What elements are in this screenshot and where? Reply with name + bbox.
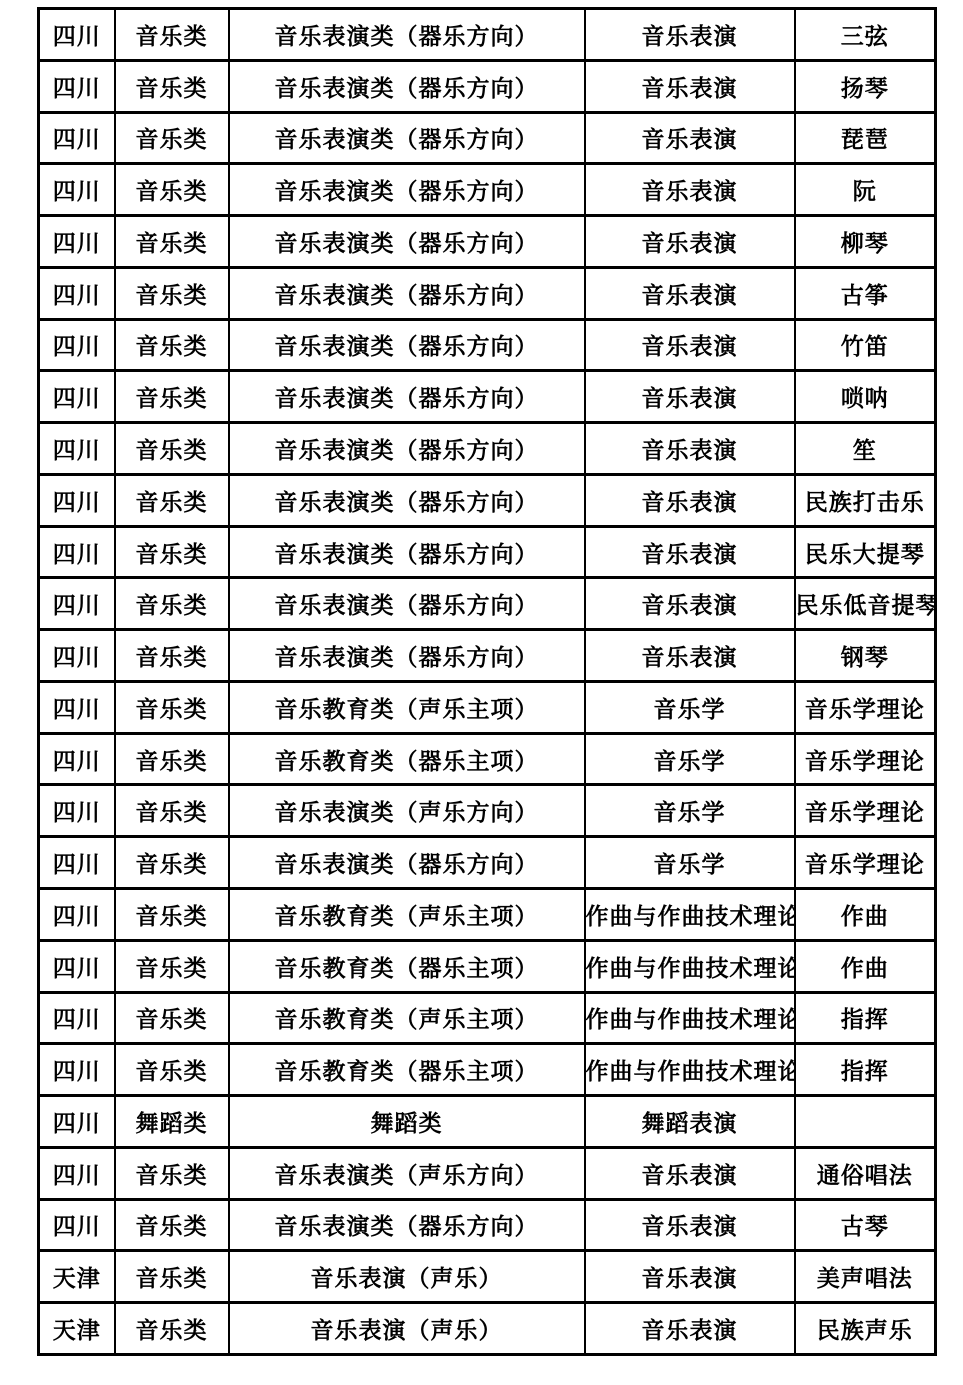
- cell-province: 四川: [39, 733, 115, 785]
- cell-province: 四川: [39, 1044, 115, 1096]
- table-row: 四川音乐类音乐表演类（声乐方向）音乐学音乐学理论: [39, 785, 936, 837]
- cell-specialty: 作曲: [795, 940, 936, 992]
- table-row: 四川音乐类音乐教育类（器乐主项）音乐学音乐学理论: [39, 733, 936, 785]
- table-row: 四川音乐类音乐表演类（器乐方向）音乐表演唢呐: [39, 371, 936, 423]
- cell-specialty: 三弦: [795, 9, 936, 61]
- cell-specialty: 古筝: [795, 267, 936, 319]
- cell-province: 四川: [39, 1199, 115, 1251]
- cell-subcategory: 音乐表演（声乐）: [229, 1303, 585, 1355]
- cell-subcategory: 音乐表演类（器乐方向）: [229, 112, 585, 164]
- cell-major: 音乐表演: [585, 1199, 795, 1251]
- cell-category: 音乐类: [115, 1147, 229, 1199]
- cell-subcategory: 音乐表演类（器乐方向）: [229, 1199, 585, 1251]
- cell-category: 音乐类: [115, 1199, 229, 1251]
- cell-specialty: 钢琴: [795, 630, 936, 682]
- table-row: 四川音乐类音乐教育类（声乐主项）音乐学音乐学理论: [39, 681, 936, 733]
- cell-province: 四川: [39, 526, 115, 578]
- admission-majors-table: 四川音乐类音乐表演类（器乐方向）音乐表演三弦四川音乐类音乐表演类（器乐方向）音乐…: [37, 7, 937, 1356]
- cell-category: 音乐类: [115, 423, 229, 475]
- cell-specialty: 民乐低音提琴: [795, 578, 936, 630]
- cell-specialty: 民族打击乐: [795, 474, 936, 526]
- cell-subcategory: 音乐表演类（器乐方向）: [229, 423, 585, 475]
- cell-province: 四川: [39, 112, 115, 164]
- table-row: 四川音乐类音乐表演类（器乐方向）音乐表演笙: [39, 423, 936, 475]
- cell-specialty: 美声唱法: [795, 1251, 936, 1303]
- table-body: 四川音乐类音乐表演类（器乐方向）音乐表演三弦四川音乐类音乐表演类（器乐方向）音乐…: [39, 9, 936, 1355]
- cell-specialty: 琵琶: [795, 112, 936, 164]
- cell-major: 音乐表演: [585, 164, 795, 216]
- cell-category: 音乐类: [115, 319, 229, 371]
- cell-specialty: 作曲: [795, 889, 936, 941]
- cell-category: 音乐类: [115, 578, 229, 630]
- cell-major: 作曲与作曲技术理论: [585, 992, 795, 1044]
- cell-province: 四川: [39, 1096, 115, 1148]
- cell-specialty: 笙: [795, 423, 936, 475]
- cell-specialty: [795, 1096, 936, 1148]
- cell-province: 四川: [39, 9, 115, 61]
- cell-province: 四川: [39, 992, 115, 1044]
- cell-subcategory: 音乐教育类（声乐主项）: [229, 681, 585, 733]
- cell-category: 音乐类: [115, 164, 229, 216]
- cell-specialty: 通俗唱法: [795, 1147, 936, 1199]
- cell-major: 音乐表演: [585, 423, 795, 475]
- table-row: 四川音乐类音乐表演类（器乐方向）音乐表演竹笛: [39, 319, 936, 371]
- cell-subcategory: 音乐表演类（声乐方向）: [229, 785, 585, 837]
- cell-subcategory: 音乐教育类（声乐主项）: [229, 992, 585, 1044]
- cell-category: 音乐类: [115, 112, 229, 164]
- cell-major: 作曲与作曲技术理论: [585, 1044, 795, 1096]
- cell-specialty: 音乐学理论: [795, 837, 936, 889]
- table-row: 四川音乐类音乐表演类（器乐方向）音乐表演民乐大提琴: [39, 526, 936, 578]
- cell-specialty: 竹笛: [795, 319, 936, 371]
- cell-subcategory: 音乐表演类（器乐方向）: [229, 578, 585, 630]
- table-row: 四川音乐类音乐表演类（器乐方向）音乐表演钢琴: [39, 630, 936, 682]
- table-row: 天津音乐类音乐表演（声乐）音乐表演美声唱法: [39, 1251, 936, 1303]
- cell-province: 四川: [39, 1147, 115, 1199]
- cell-subcategory: 音乐表演类（器乐方向）: [229, 837, 585, 889]
- cell-subcategory: 音乐表演类（器乐方向）: [229, 630, 585, 682]
- cell-province: 四川: [39, 267, 115, 319]
- cell-category: 音乐类: [115, 267, 229, 319]
- table-row: 四川音乐类音乐表演类（器乐方向）音乐表演柳琴: [39, 216, 936, 268]
- cell-specialty: 民乐大提琴: [795, 526, 936, 578]
- table-row: 四川音乐类音乐教育类（器乐主项）作曲与作曲技术理论作曲: [39, 940, 936, 992]
- document-page: 四川音乐类音乐表演类（器乐方向）音乐表演三弦四川音乐类音乐表演类（器乐方向）音乐…: [0, 0, 963, 1385]
- cell-subcategory: 音乐教育类（器乐主项）: [229, 940, 585, 992]
- cell-major: 音乐表演: [585, 578, 795, 630]
- cell-major: 音乐表演: [585, 371, 795, 423]
- cell-category: 音乐类: [115, 992, 229, 1044]
- cell-subcategory: 音乐表演类（器乐方向）: [229, 216, 585, 268]
- cell-province: 四川: [39, 474, 115, 526]
- cell-province: 四川: [39, 216, 115, 268]
- cell-specialty: 音乐学理论: [795, 681, 936, 733]
- table-row: 四川音乐类音乐表演类（器乐方向）音乐表演阮: [39, 164, 936, 216]
- cell-category: 音乐类: [115, 474, 229, 526]
- cell-category: 音乐类: [115, 681, 229, 733]
- table-row: 四川音乐类音乐表演类（器乐方向）音乐表演民族打击乐: [39, 474, 936, 526]
- table-row: 天津音乐类音乐表演（声乐）音乐表演民族声乐: [39, 1303, 936, 1355]
- cell-province: 四川: [39, 319, 115, 371]
- cell-major: 音乐表演: [585, 267, 795, 319]
- table-row: 四川舞蹈类舞蹈类舞蹈表演: [39, 1096, 936, 1148]
- cell-major: 音乐表演: [585, 9, 795, 61]
- cell-category: 音乐类: [115, 733, 229, 785]
- cell-specialty: 古琴: [795, 1199, 936, 1251]
- table-row: 四川音乐类音乐教育类（器乐主项）作曲与作曲技术理论指挥: [39, 1044, 936, 1096]
- cell-category: 音乐类: [115, 785, 229, 837]
- cell-subcategory: 音乐表演类（器乐方向）: [229, 319, 585, 371]
- cell-major: 音乐表演: [585, 1303, 795, 1355]
- cell-category: 舞蹈类: [115, 1096, 229, 1148]
- cell-specialty: 阮: [795, 164, 936, 216]
- cell-subcategory: 音乐教育类（器乐主项）: [229, 1044, 585, 1096]
- cell-category: 音乐类: [115, 940, 229, 992]
- cell-subcategory: 音乐表演类（器乐方向）: [229, 267, 585, 319]
- cell-specialty: 柳琴: [795, 216, 936, 268]
- cell-major: 音乐表演: [585, 60, 795, 112]
- cell-specialty: 扬琴: [795, 60, 936, 112]
- cell-province: 四川: [39, 371, 115, 423]
- table-row: 四川音乐类音乐表演类（器乐方向）音乐表演古筝: [39, 267, 936, 319]
- cell-category: 音乐类: [115, 216, 229, 268]
- cell-major: 音乐表演: [585, 1251, 795, 1303]
- cell-subcategory: 音乐教育类（器乐主项）: [229, 733, 585, 785]
- cell-category: 音乐类: [115, 1251, 229, 1303]
- cell-category: 音乐类: [115, 60, 229, 112]
- cell-subcategory: 音乐表演（声乐）: [229, 1251, 585, 1303]
- cell-province: 四川: [39, 60, 115, 112]
- cell-specialty: 音乐学理论: [795, 733, 936, 785]
- table-row: 四川音乐类音乐教育类（声乐主项）作曲与作曲技术理论指挥: [39, 992, 936, 1044]
- cell-province: 四川: [39, 837, 115, 889]
- cell-category: 音乐类: [115, 1044, 229, 1096]
- table-row: 四川音乐类音乐表演类（器乐方向）音乐表演古琴: [39, 1199, 936, 1251]
- cell-category: 音乐类: [115, 837, 229, 889]
- cell-province: 四川: [39, 681, 115, 733]
- table-row: 四川音乐类音乐教育类（声乐主项）作曲与作曲技术理论作曲: [39, 889, 936, 941]
- cell-major: 舞蹈表演: [585, 1096, 795, 1148]
- cell-major: 音乐学: [585, 837, 795, 889]
- cell-subcategory: 音乐表演类（器乐方向）: [229, 60, 585, 112]
- cell-province: 四川: [39, 785, 115, 837]
- cell-major: 音乐表演: [585, 1147, 795, 1199]
- cell-province: 天津: [39, 1251, 115, 1303]
- table-row: 四川音乐类音乐表演类（声乐方向）音乐表演通俗唱法: [39, 1147, 936, 1199]
- cell-subcategory: 音乐表演类（器乐方向）: [229, 526, 585, 578]
- cell-major: 音乐学: [585, 681, 795, 733]
- cell-subcategory: 音乐表演类（器乐方向）: [229, 371, 585, 423]
- cell-subcategory: 音乐教育类（声乐主项）: [229, 889, 585, 941]
- cell-category: 音乐类: [115, 526, 229, 578]
- cell-major: 音乐表演: [585, 630, 795, 682]
- cell-major: 音乐学: [585, 785, 795, 837]
- cell-major: 音乐表演: [585, 526, 795, 578]
- cell-province: 四川: [39, 164, 115, 216]
- table-row: 四川音乐类音乐表演类（器乐方向）音乐表演扬琴: [39, 60, 936, 112]
- cell-major: 音乐表演: [585, 319, 795, 371]
- cell-subcategory: 音乐表演类（器乐方向）: [229, 9, 585, 61]
- cell-subcategory: 音乐表演类（器乐方向）: [229, 164, 585, 216]
- cell-subcategory: 音乐表演类（器乐方向）: [229, 474, 585, 526]
- cell-category: 音乐类: [115, 630, 229, 682]
- cell-specialty: 指挥: [795, 992, 936, 1044]
- table-row: 四川音乐类音乐表演类（器乐方向）音乐表演三弦: [39, 9, 936, 61]
- cell-province: 四川: [39, 423, 115, 475]
- cell-category: 音乐类: [115, 889, 229, 941]
- cell-specialty: 指挥: [795, 1044, 936, 1096]
- cell-category: 音乐类: [115, 1303, 229, 1355]
- cell-category: 音乐类: [115, 9, 229, 61]
- cell-province: 四川: [39, 578, 115, 630]
- cell-major: 音乐学: [585, 733, 795, 785]
- cell-province: 四川: [39, 889, 115, 941]
- table-row: 四川音乐类音乐表演类（器乐方向）音乐学音乐学理论: [39, 837, 936, 889]
- cell-category: 音乐类: [115, 371, 229, 423]
- cell-specialty: 音乐学理论: [795, 785, 936, 837]
- cell-major: 音乐表演: [585, 216, 795, 268]
- table-row: 四川音乐类音乐表演类（器乐方向）音乐表演民乐低音提琴: [39, 578, 936, 630]
- cell-major: 作曲与作曲技术理论: [585, 889, 795, 941]
- table-row: 四川音乐类音乐表演类（器乐方向）音乐表演琵琶: [39, 112, 936, 164]
- cell-subcategory: 音乐表演类（声乐方向）: [229, 1147, 585, 1199]
- cell-specialty: 民族声乐: [795, 1303, 936, 1355]
- cell-province: 天津: [39, 1303, 115, 1355]
- cell-major: 作曲与作曲技术理论: [585, 940, 795, 992]
- cell-specialty: 唢呐: [795, 371, 936, 423]
- cell-province: 四川: [39, 630, 115, 682]
- cell-major: 音乐表演: [585, 474, 795, 526]
- cell-province: 四川: [39, 940, 115, 992]
- cell-subcategory: 舞蹈类: [229, 1096, 585, 1148]
- cell-major: 音乐表演: [585, 112, 795, 164]
